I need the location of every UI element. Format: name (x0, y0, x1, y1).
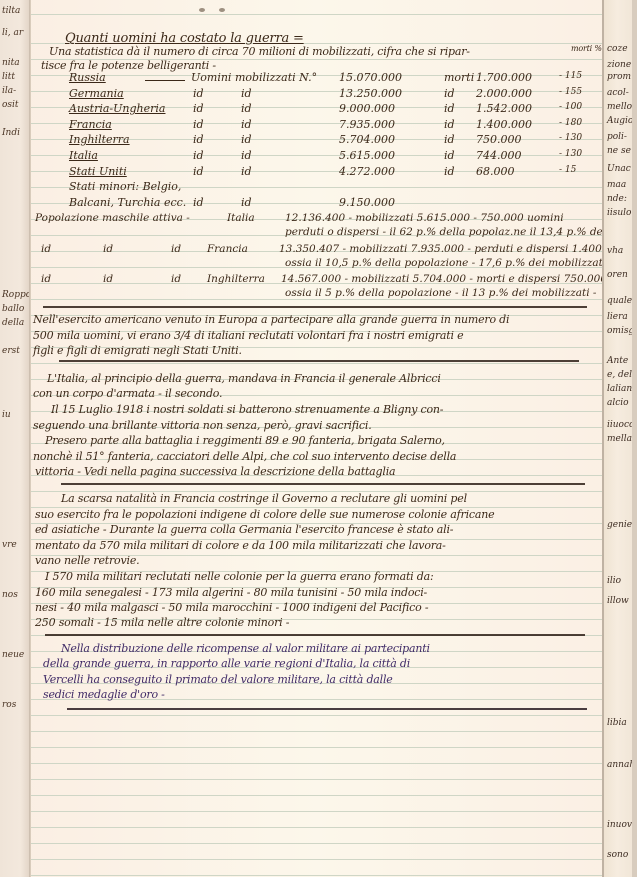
mobilized-value: 13.250.000 (339, 87, 402, 100)
country: Stati minori: Belgio, (69, 180, 181, 193)
dead-label: morti (444, 71, 474, 84)
section-divider (43, 306, 587, 308)
margin-fragment: neue (2, 650, 24, 660)
margin-fragment: ros (2, 700, 16, 710)
leader-dash (145, 80, 185, 81)
ditto-mark: id (41, 273, 51, 285)
population-line: 12.136.400 - mobilizzati 5.615.000 - 750… (285, 212, 564, 224)
ditto-mark: id (241, 165, 252, 178)
right-adjacent-page: coze zione prom acol- mello Augio poli- … (602, 0, 637, 877)
ditto-mark: id (241, 118, 252, 131)
margin-fragment: ballo (2, 304, 24, 314)
paragraph-line: seguendo una brillante vittoria non senz… (33, 419, 372, 432)
dead-value: 68.000 (476, 165, 515, 178)
population-country: Francia (207, 243, 248, 255)
paragraph-line: mentato da 570 mila militari di colore e… (35, 539, 446, 552)
table-row: Inghilterra id id 5.704.000 id 750.000 -… (69, 133, 599, 149)
notebook-page: Quanti uomini ha costato la guerra = Una… (30, 0, 602, 877)
dead-value: 1.400.000 (476, 118, 532, 131)
ditto-mark: id (193, 165, 204, 178)
margin-fragment: ila- (2, 86, 16, 96)
margin-fragment: vha (607, 246, 623, 256)
margin-fragment: illow (607, 596, 629, 606)
margin-fragment: nde: (607, 194, 627, 204)
margin-fragment: nita (2, 58, 20, 68)
table-row: Russia Uomini mobilizzati N.° 15.070.000… (69, 71, 599, 87)
ditto-mark: id (193, 149, 204, 162)
margin-fragment: maa (607, 180, 626, 190)
dead-value: 750.000 (476, 133, 522, 146)
margin-fragment: Unac (607, 164, 631, 174)
section-divider (67, 708, 587, 710)
margin-fragment: liera (607, 312, 628, 322)
mobilized-value: 9.000.000 (339, 102, 395, 115)
ditto-mark: id (241, 149, 252, 162)
country: Austria-Ungheria (69, 102, 165, 115)
ratio-value: - 15 (559, 165, 576, 175)
ditto-mark: id (193, 118, 204, 131)
margin-fragment: Roppo (2, 290, 30, 300)
page-heading: Quanti uomini ha costato la guerra = (65, 31, 304, 46)
population-country: Italia (227, 212, 255, 224)
table-row: Italia id id 5.615.000 id 744.000 - 130 (69, 149, 599, 165)
margin-fragment: zione (607, 60, 631, 70)
mobilized-value: 9.150.000 (339, 196, 395, 209)
paragraph-line: L'Italia, al principio della guerra, man… (47, 372, 441, 385)
section-divider (59, 360, 579, 362)
ditto-mark: id (41, 243, 51, 255)
margin-fragment: ne se (607, 146, 631, 156)
margin-fragment: vre (2, 540, 17, 550)
paragraph-line: Vercelli ha conseguito il primato del va… (43, 673, 393, 686)
margin-fragment: poli- (607, 132, 627, 142)
paragraph-line: Nella distribuzione delle ricompense al … (61, 642, 430, 655)
paragraph-line: suo esercito fra le popolazioni indigene… (35, 508, 494, 521)
margin-fragment: iisulo (607, 208, 631, 218)
binding-hole (199, 8, 205, 12)
mobilized-value: 5.704.000 (339, 133, 395, 146)
dead-value: 2.000.000 (476, 87, 532, 100)
country: Germania (69, 87, 124, 100)
paragraph-line: 160 mila senegalesi - 173 mila algerini … (35, 586, 427, 599)
table-row: Stati minori: Belgio, (69, 180, 599, 196)
ditto-mark: id (241, 102, 252, 115)
margin-fragment: ilio (607, 576, 621, 586)
ratio-value: - 130 (559, 133, 582, 143)
margin-fragment: coze (607, 44, 628, 54)
paragraph-line: figli e figli di emigrati negli Stati Un… (33, 344, 242, 357)
ditto-mark: id (241, 87, 252, 100)
paragraph-line: Il 15 Luglio 1918 i nostri soldati si ba… (51, 403, 443, 416)
margin-fragment: iiuoco (607, 420, 634, 430)
margin-fragment: mella (607, 434, 632, 444)
mobilized-value: 7.935.000 (339, 118, 395, 131)
paragraph-line: La scarsa natalità in Francia costringe … (61, 492, 467, 505)
margin-fragment: oren (607, 270, 628, 280)
paragraph-line: 500 mila uomini, vi erano 3/4 di italian… (33, 329, 463, 342)
dead-value: 1.542.000 (476, 102, 532, 115)
dead-value: 1.700.000 (476, 71, 532, 84)
ditto-mark: id (103, 243, 113, 255)
population-label: Popolazione maschile attiva - (35, 212, 190, 224)
ditto-mark: id (444, 149, 455, 162)
margin-fragment: annah (607, 760, 635, 770)
left-adjacent-page: tilta li, ar nita litt ila- osit Indi Ro… (0, 0, 30, 877)
margin-fragment: prom (607, 72, 631, 82)
margin-fragment: tilta (2, 6, 20, 16)
paragraph-line: Presero parte alla battaglia i reggiment… (45, 434, 445, 447)
ratio-value: - 180 (559, 118, 582, 128)
section-divider (45, 634, 585, 636)
table-row: Germania id id 13.250.000 id 2.000.000 -… (69, 87, 599, 103)
margin-fragment: erst (2, 346, 20, 356)
table-row: Balcani, Turchia ecc. id id 9.150.000 (69, 196, 599, 212)
paragraph-line: nonchè il 51° fanteria, cacciatori delle… (33, 450, 456, 463)
country: Balcani, Turchia ecc. (69, 196, 186, 209)
mobilized-value: 15.070.000 (339, 71, 402, 84)
ditto-mark: id (193, 87, 204, 100)
paragraph-line: nesi - 40 mila malgasci - 50 mila marocc… (35, 601, 428, 614)
section-divider (61, 483, 585, 485)
country: Inghilterra (69, 133, 130, 146)
table-row: Austria-Ungheria id id 9.000.000 id 1.54… (69, 102, 599, 118)
ditto-mark: id (171, 273, 181, 285)
binding-holes (199, 8, 225, 12)
margin-fragment: Ante (607, 356, 628, 366)
mobilized-label: Uomini mobilizzati N.° (191, 71, 317, 84)
margin-fragment: e, del (607, 370, 632, 380)
paragraph-line: vano nelle retrovie. (35, 554, 139, 567)
ditto-mark: id (444, 165, 455, 178)
margin-fragment: mello (607, 102, 632, 112)
margin-fragment: Augio (607, 116, 633, 126)
country: Italia (69, 149, 98, 162)
dead-value: 744.000 (476, 149, 522, 162)
ratio-value: - 100 (559, 102, 582, 112)
population-line: 13.350.407 - mobilizzati 7.935.000 - per… (279, 243, 602, 255)
side-note: morti % (571, 44, 602, 53)
paragraph-line: I 570 mila militari reclutati nelle colo… (45, 570, 434, 583)
ditto-mark: id (241, 196, 252, 209)
population-line: perduti o dispersi - il 62 p.% della pop… (285, 226, 602, 238)
population-country: Inghilterra (207, 273, 265, 285)
margin-fragment: alcio (607, 398, 629, 408)
ditto-mark: id (171, 243, 181, 255)
margin-fragment: iu (2, 410, 11, 420)
binding-hole (219, 8, 225, 12)
margin-fragment: nos (2, 590, 18, 600)
page-edge (632, 0, 637, 877)
ditto-mark: id (241, 133, 252, 146)
margin-fragment: li, ar (2, 28, 23, 38)
ratio-value: - 115 (559, 71, 582, 81)
mobilization-table: Russia Uomini mobilizzati N.° 15.070.000… (69, 71, 599, 211)
margin-fragment: libia (607, 718, 627, 728)
ratio-value: - 130 (559, 149, 582, 159)
paragraph-line: 250 somali - 15 mila nelle altre colonie… (35, 616, 289, 629)
ditto-mark: id (444, 118, 455, 131)
table-row: Francia id id 7.935.000 id 1.400.000 - 1… (69, 118, 599, 134)
population-line: ossia il 10,5 p.% della popolazione - 17… (285, 257, 602, 269)
margin-fragment: genie (607, 520, 632, 530)
paragraph-line: vittoria - Vedi nella pagina successiva … (35, 465, 395, 478)
ditto-mark: id (193, 102, 204, 115)
ratio-value: - 155 (559, 87, 582, 97)
paragraph-line: sedici medaglie d'oro - (43, 688, 165, 701)
country: Stati Uniti (69, 165, 127, 178)
country: Russia (69, 71, 106, 84)
margin-fragment: Indi (2, 128, 20, 138)
margin-fragment: sono (607, 850, 628, 860)
population-line: ossia il 5 p.% della popolazione - il 13… (285, 287, 596, 299)
ditto-mark: id (444, 133, 455, 146)
paragraph-line: ed asiatiche - Durante la guerra colla G… (35, 523, 453, 536)
population-line: 14.567.000 - mobilizzati 5.704.000 - mor… (281, 273, 602, 285)
margin-fragment: quale (607, 296, 632, 306)
ditto-mark: id (103, 273, 113, 285)
margin-fragment: laliani (607, 384, 635, 394)
ditto-mark: id (193, 196, 204, 209)
table-row: Stati Uniti id id 4.272.000 id 68.000 - … (69, 165, 599, 181)
intro-line: Una statistica dà il numero di circa 70 … (49, 45, 470, 58)
ditto-mark: id (444, 87, 455, 100)
paragraph-line: della grande guerra, in rapporto alle va… (43, 657, 410, 670)
mobilized-value: 5.615.000 (339, 149, 395, 162)
margin-fragment: della (2, 318, 24, 328)
paragraph-line: Nell'esercito americano venuto in Europa… (33, 313, 509, 326)
country: Francia (69, 118, 112, 131)
margin-fragment: osit (2, 100, 19, 110)
ditto-mark: id (193, 133, 204, 146)
mobilized-value: 4.272.000 (339, 165, 395, 178)
ditto-mark: id (444, 102, 455, 115)
paragraph-line: con un corpo d'armata - il secondo. (33, 387, 222, 400)
margin-fragment: litt (2, 72, 15, 82)
margin-fragment: acol- (607, 88, 629, 98)
